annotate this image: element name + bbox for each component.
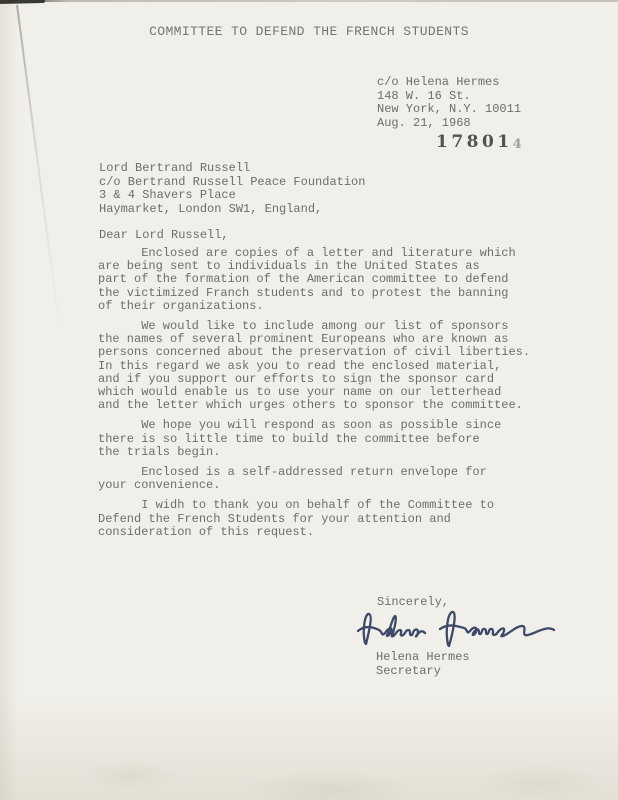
paragraph-3: We hope you will respond as soon as poss… (98, 419, 564, 459)
paper-crease (16, 5, 61, 332)
paragraph-4: Enclosed is a self-addressed return enve… (98, 466, 564, 492)
scan-top-edge (0, 0, 618, 2)
paragraph-2: We would like to include among our list … (98, 320, 564, 412)
signature-typed-name: Helena Hermes (376, 651, 470, 665)
paragraph-1: Enclosed are copies of a letter and lite… (98, 247, 564, 313)
file-number-stamp-last-digit: 4 (513, 137, 522, 152)
letter-page: COMMITTEE TO DEFEND THE FRENCH STUDENTS … (0, 0, 618, 800)
file-number-stamp: 178014 (436, 132, 522, 152)
letterhead-title: COMMITTEE TO DEFEND THE FRENCH STUDENTS (0, 24, 618, 39)
handwritten-signature (355, 602, 567, 654)
paragraph-5: I widh to thank you on behalf of the Com… (98, 499, 564, 539)
file-number-stamp-main: 17801 (436, 132, 513, 152)
recipient-address-block: Lord Bertrand Russell c/o Bertrand Russe… (99, 162, 365, 216)
signature-title: Secretary (376, 665, 470, 679)
salutation: Dear Lord Russell, (99, 228, 229, 242)
sender-address-block: c/o Helena Hermes 148 W. 16 St. New York… (377, 76, 521, 130)
staple-mark (0, 0, 45, 4)
letter-body: Enclosed are copies of a letter and lite… (98, 247, 564, 546)
signature-block: Helena Hermes Secretary (376, 651, 470, 678)
